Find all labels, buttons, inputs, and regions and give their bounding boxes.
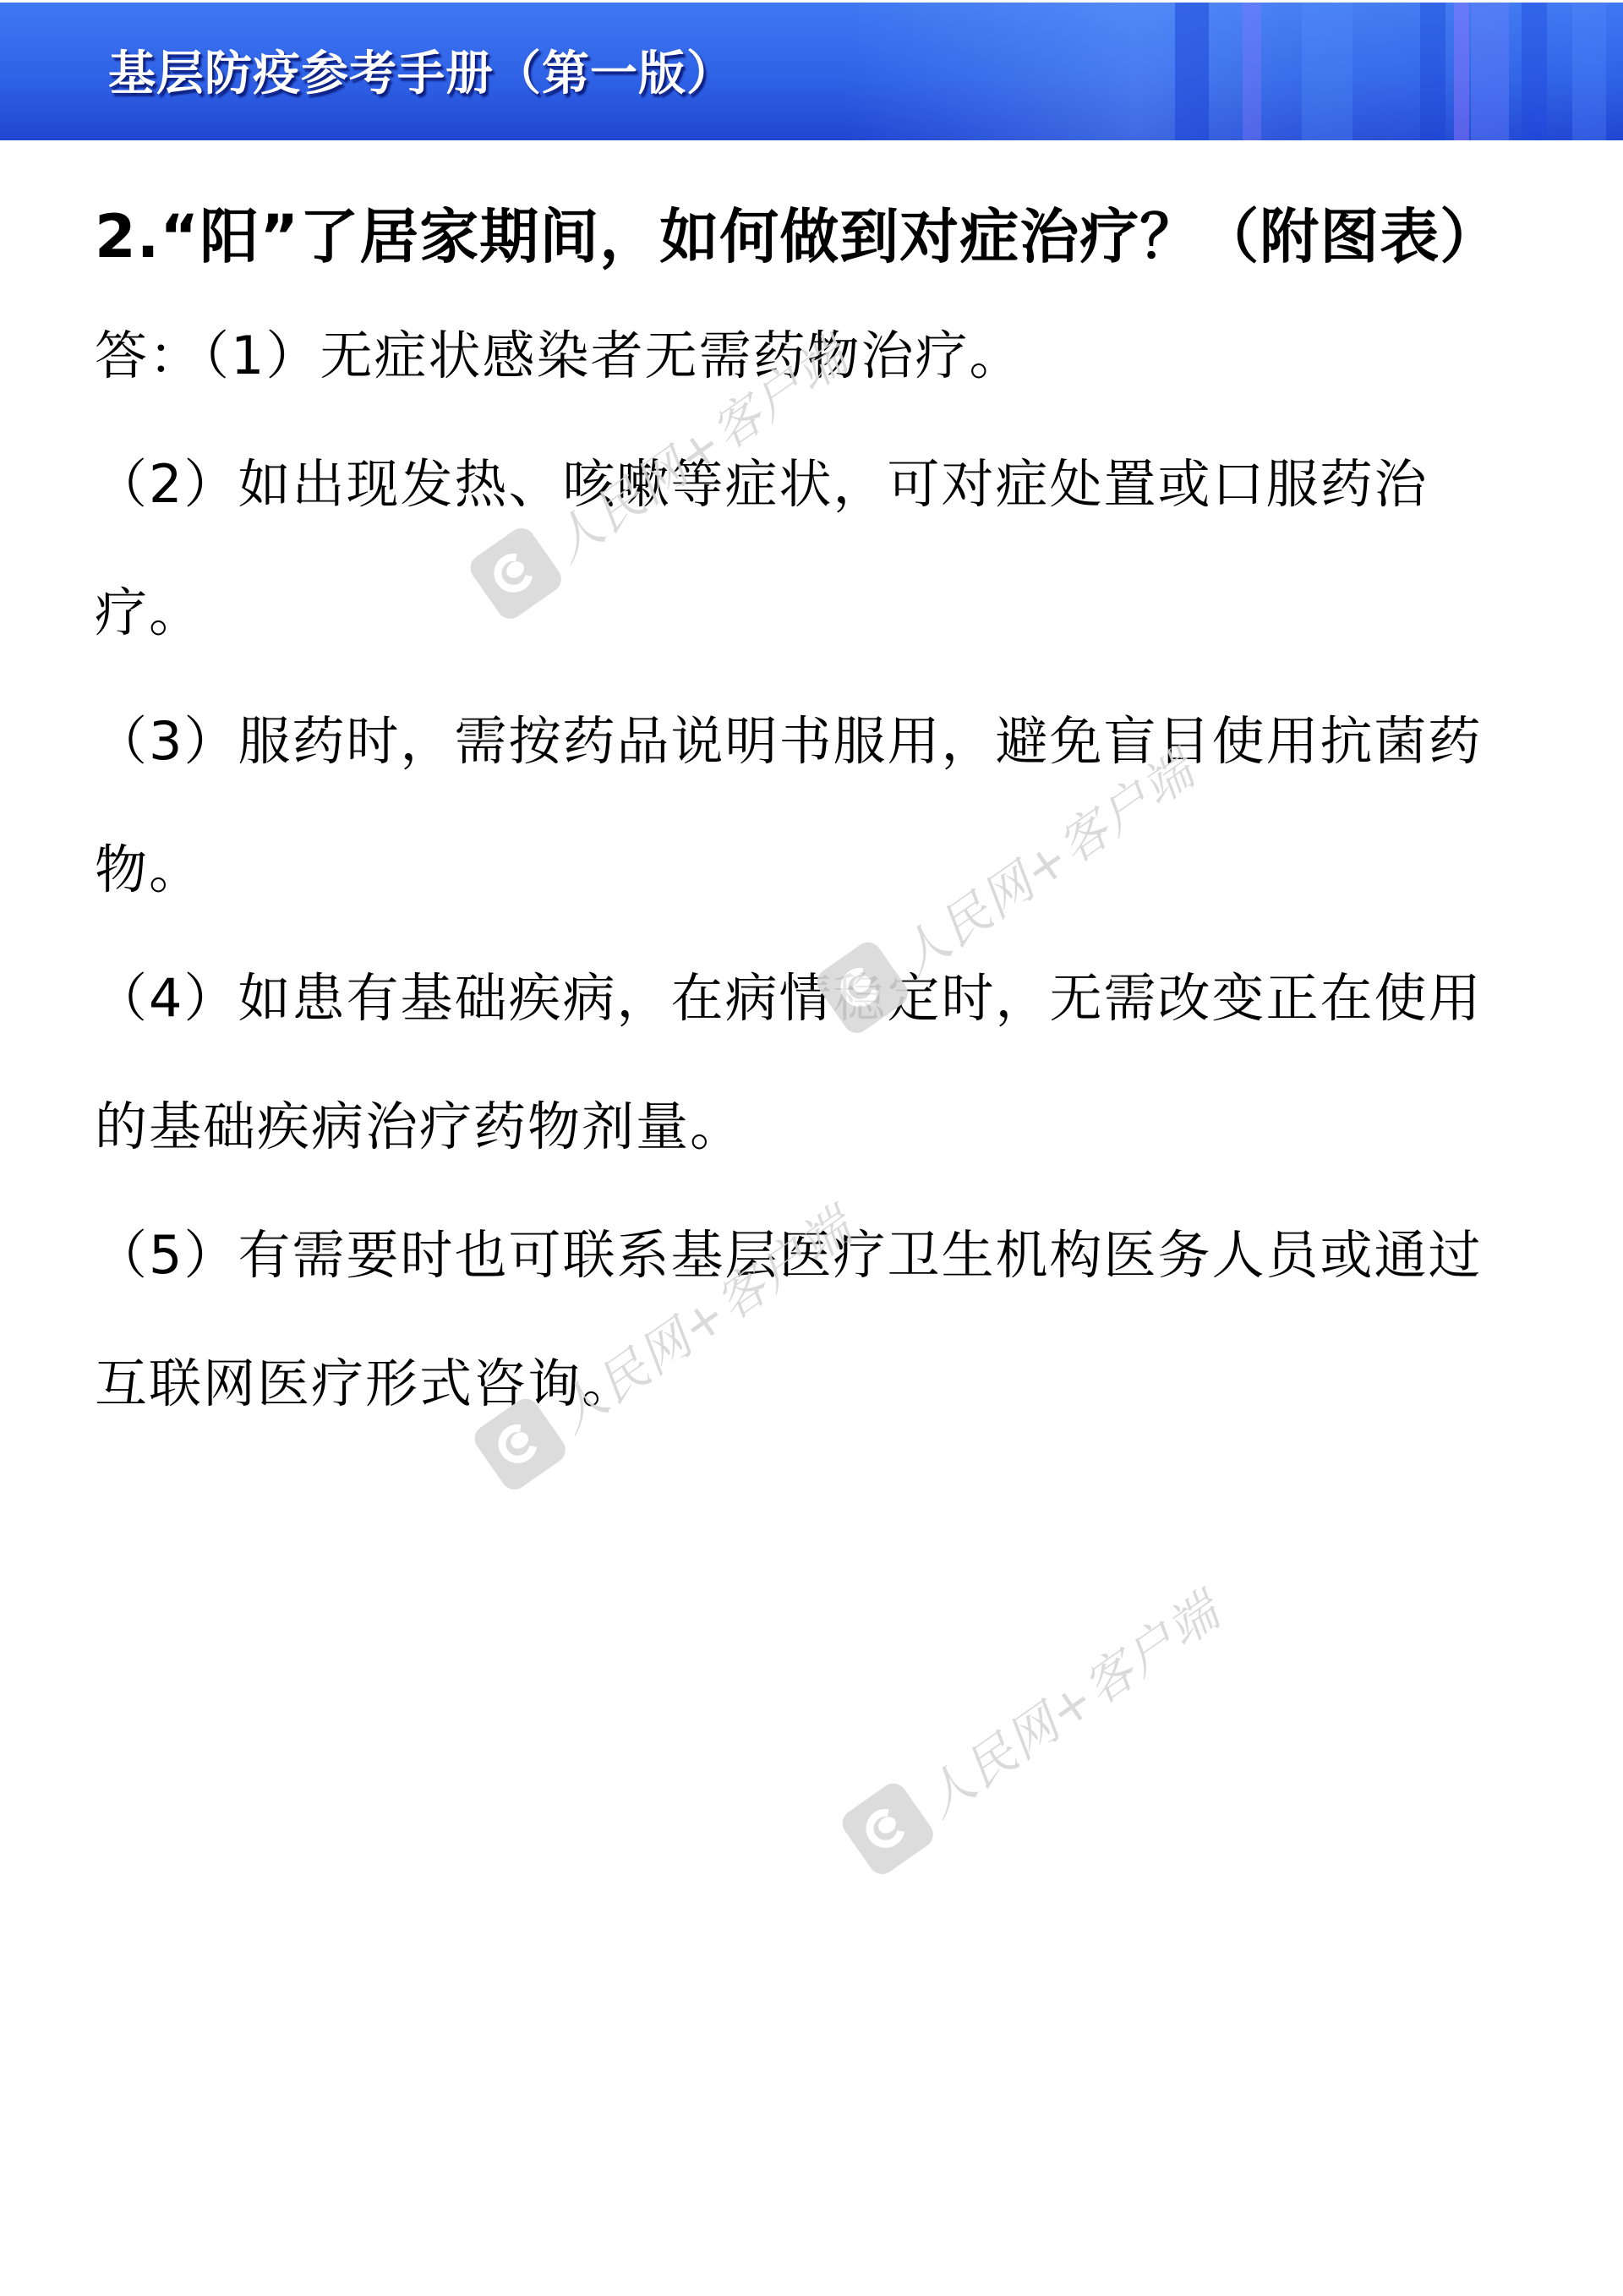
watermark: 人民网+客户端 bbox=[837, 1572, 1232, 1879]
question-heading: 2.“阳”了居家期间，如何做到对症治疗？（附图表） bbox=[95, 173, 1532, 300]
answer-paragraph-4: （4）如患有基础疾病，在病情稳定时，无需改变正在使用的基础疾病治疗药物剂量。 bbox=[95, 934, 1532, 1191]
banner-decor-stripe bbox=[1302, 3, 1352, 140]
banner-decor-stripe bbox=[1471, 3, 1509, 140]
people-daily-logo-icon bbox=[837, 1778, 938, 1879]
answer-paragraph-1: 答：（1）无症状感染者无需药物治疗。 bbox=[95, 292, 1532, 420]
watermark-text: 人民网+客户端 bbox=[907, 1573, 1232, 1830]
banner-decor-stripe bbox=[1572, 3, 1606, 140]
answer-paragraph-5: （5）有需要时也可联系基层医疗卫生机构医务人员或通过互联网医疗形式咨询。 bbox=[95, 1191, 1532, 1448]
banner-decor-stripe bbox=[1522, 3, 1547, 140]
header-banner: 基层防疫参考手册（第一版） bbox=[0, 3, 1623, 140]
answer-paragraph-3: （3）服药时，需按药品说明书服用，避免盲目使用抗菌药物。 bbox=[95, 677, 1532, 934]
manual-title: 基层防疫参考手册（第一版） bbox=[108, 36, 735, 104]
document-body: 2.“阳”了居家期间，如何做到对症治疗？（附图表） 答：（1）无症状感染者无需药… bbox=[95, 173, 1532, 1448]
banner-decor-stripe bbox=[1175, 3, 1209, 140]
answer-paragraph-2: （2）如出现发热、咳嗽等症状，可对症处置或口服药治疗。 bbox=[95, 420, 1532, 677]
banner-decor-stripe bbox=[1454, 3, 1469, 140]
banner-decor-stripe bbox=[1420, 3, 1445, 140]
banner-decor-stripe bbox=[1243, 3, 1261, 140]
